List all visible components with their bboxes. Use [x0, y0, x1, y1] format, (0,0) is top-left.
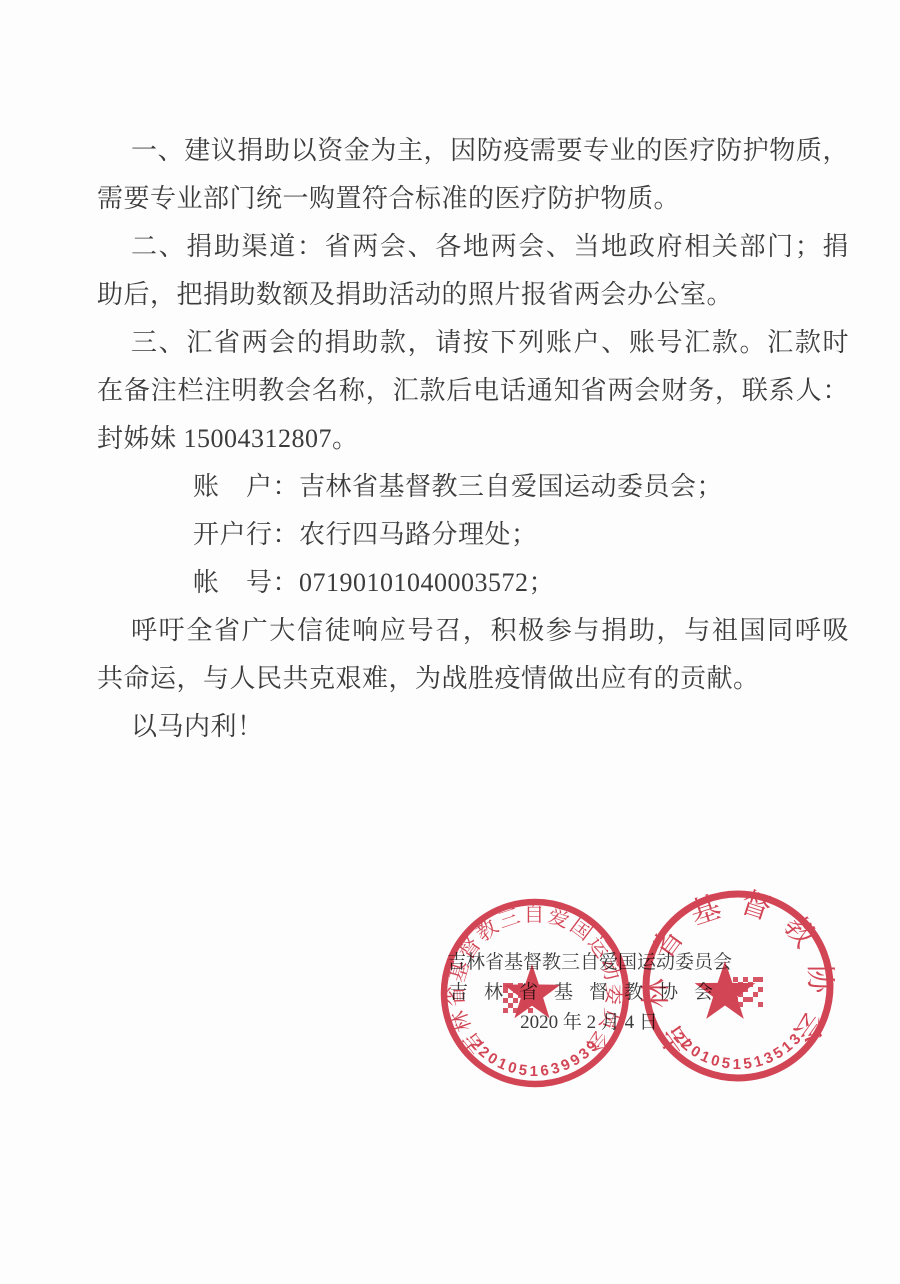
christian-council-seal-stamp: 吉林省基督教协会 2201051513513 [639, 887, 837, 1085]
body-line: 在备注栏注明教会名称，汇款后电话通知省两会财务，联系人： [97, 367, 849, 415]
body-line: 需要专业部门统一购置符合标准的医疗防护物质。 [97, 175, 849, 223]
body-line: 呼吁全省广大信徒响应号召，积极参与捐助，与祖国同呼吸 [97, 607, 849, 655]
letter-body: 一、建议捐助以资金为主，因防疫需要专业的医疗防护物质， 需要专业部门统一购置符合… [97, 127, 849, 751]
svg-text:吉林省基督教协会: 吉林省基督教协会 [640, 887, 836, 1061]
body-line: 以马内利！ [97, 703, 849, 751]
account-name-line: 账 户：吉林省基督教三自爱国运动委员会； [97, 463, 849, 511]
account-number-line: 帐 号：07190101040003572； [97, 559, 849, 607]
seal-qr-icon [503, 983, 533, 1013]
body-line: 共命运，与人民共克艰难，为战胜疫情做出应有的贡献。 [97, 655, 849, 703]
scanned-letter-page: 一、建议捐助以资金为主，因防疫需要专业的医疗防护物质， 需要专业部门统一购置符合… [0, 0, 900, 1284]
body-line: 一、建议捐助以资金为主，因防疫需要专业的医疗防护物质， [97, 127, 849, 175]
tspm-committee-seal-stamp: 吉林省基督教三自爱国运动委员会 2201051639939 [437, 895, 633, 1091]
body-line: 二、捐助渠道：省两会、各地两会、当地政府相关部门；捐 [97, 223, 849, 271]
seal-ring-text: 吉林省基督教协会 [640, 887, 836, 1061]
body-line: 封姊妹 15004312807。 [97, 415, 849, 463]
bank-branch-line: 开户行：农行四马路分理处； [97, 511, 849, 559]
body-line: 三、汇省两会的捐助款，请按下列账户、账号汇款。汇款时 [97, 319, 849, 367]
body-line: 助后，把捐助数额及捐助活动的照片报省两会办公室。 [97, 271, 849, 319]
